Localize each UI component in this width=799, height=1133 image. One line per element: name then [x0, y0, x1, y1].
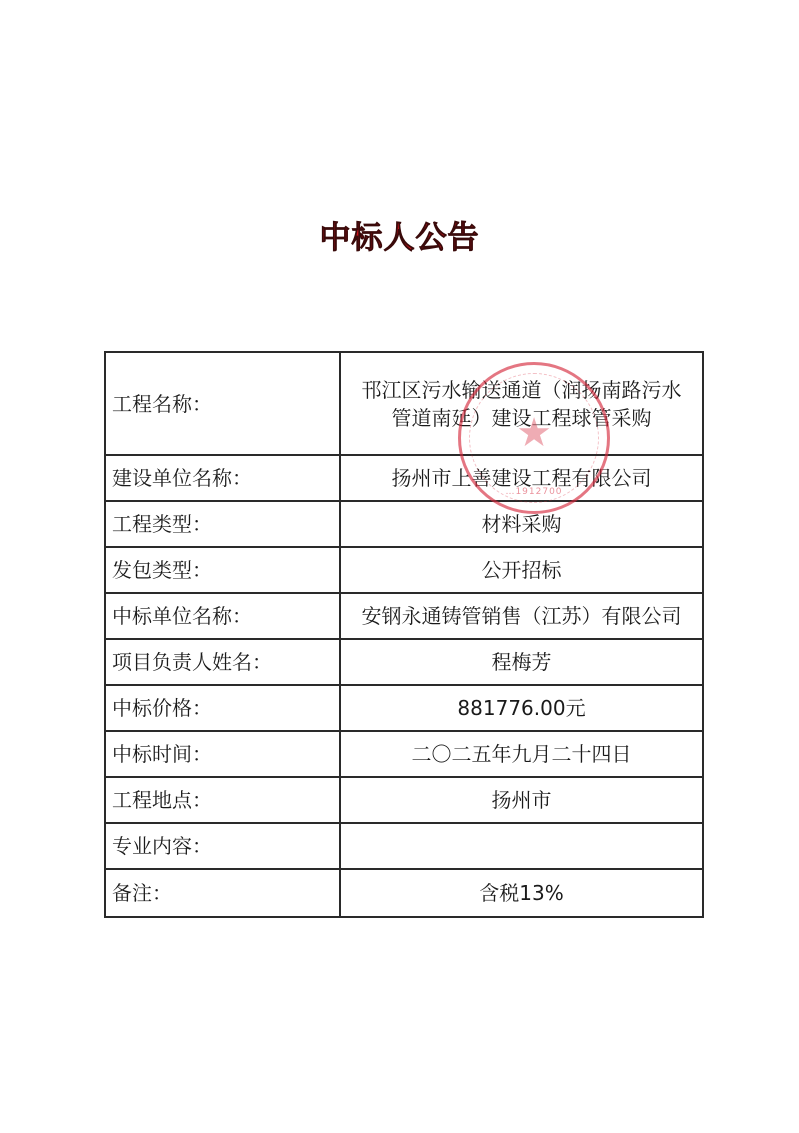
table-row-award-date: 中标时间： 二〇二五年九月二十四日 [105, 731, 703, 777]
table-row-location: 工程地点： 扬州市 [105, 777, 703, 823]
table-row-project-name: 工程名称： 邗江区污水输送通道（润扬南路污水 管道南延）建设工程球管采购 [105, 352, 703, 455]
value-winning-price: 881776.00元 [340, 685, 703, 731]
table-row-winning-price: 中标价格： 881776.00元 [105, 685, 703, 731]
value-remarks: 含税13% [340, 869, 703, 917]
notice-table: 工程名称： 邗江区污水输送通道（润扬南路污水 管道南延）建设工程球管采购 建设单… [104, 351, 704, 918]
value-project-name: 邗江区污水输送通道（润扬南路污水 管道南延）建设工程球管采购 [340, 352, 703, 455]
label-award-date: 中标时间： [105, 731, 340, 777]
value-specialty [340, 823, 703, 869]
table-row-specialty: 专业内容： [105, 823, 703, 869]
label-specialty: 专业内容： [105, 823, 340, 869]
value-project-name-line-2: 管道南延）建设工程球管采购 [347, 404, 696, 432]
value-developer: 扬州市上善建设工程有限公司 [340, 455, 703, 501]
label-winning-price: 中标价格： [105, 685, 340, 731]
label-contract-type: 发包类型： [105, 547, 340, 593]
label-winning-bidder: 中标单位名称： [105, 593, 340, 639]
table-row-winning-bidder: 中标单位名称： 安钢永通铸管销售（江苏）有限公司 [105, 593, 703, 639]
label-project-manager: 项目负责人姓名： [105, 639, 340, 685]
label-project-name: 工程名称： [105, 352, 340, 455]
value-project-name-line-1: 邗江区污水输送通道（润扬南路污水 [347, 376, 696, 404]
value-winning-bidder: 安钢永通铸管销售（江苏）有限公司 [340, 593, 703, 639]
value-contract-type: 公开招标 [340, 547, 703, 593]
value-location: 扬州市 [340, 777, 703, 823]
value-project-type: 材料采购 [340, 501, 703, 547]
label-developer: 建设单位名称： [105, 455, 340, 501]
table-row-contract-type: 发包类型： 公开招标 [105, 547, 703, 593]
label-location: 工程地点： [105, 777, 340, 823]
table-row-project-type: 工程类型： 材料采购 [105, 501, 703, 547]
value-project-manager: 程梅芳 [340, 639, 703, 685]
table-row-project-manager: 项目负责人姓名： 程梅芳 [105, 639, 703, 685]
page-title: 中标人公告 [0, 212, 799, 257]
value-award-date: 二〇二五年九月二十四日 [340, 731, 703, 777]
label-remarks: 备注： [105, 869, 340, 917]
table-row-developer: 建设单位名称： 扬州市上善建设工程有限公司 [105, 455, 703, 501]
table-row-remarks: 备注： 含税13% [105, 869, 703, 917]
label-project-type: 工程类型： [105, 501, 340, 547]
